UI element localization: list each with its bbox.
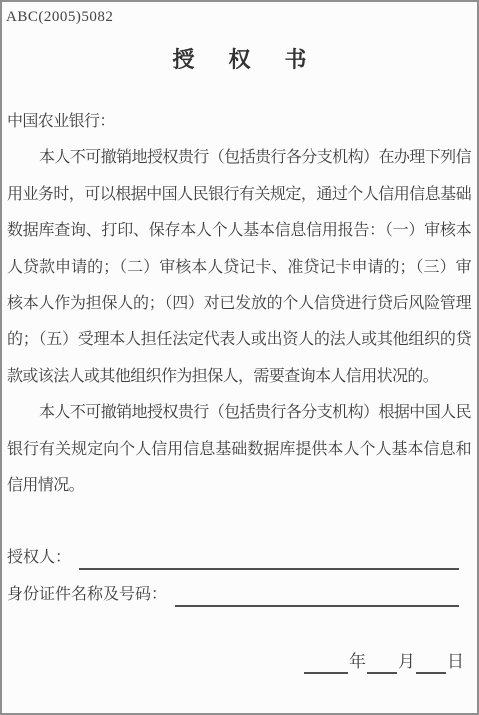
document-code: ABC(2005)5082 [6, 9, 113, 26]
authorizer-fill-line [79, 546, 459, 570]
authorizer-row: 授权人： [7, 544, 459, 570]
id-label: 身份证件名称及号码： [7, 583, 167, 607]
date-month-blank [367, 650, 397, 674]
salutation: 中国农业银行： [7, 104, 471, 140]
paragraph-line: 银行有关规定向个人信用信息基础数据库提供本人个人基本信息和 [7, 432, 471, 468]
paragraph-line: 本人不可撤销地授权贵行（包括贵行各分支机构）在办理下列信 [7, 140, 471, 176]
paragraph-line: 款或该法人或其他组织作为担保人，需要查询本人信用状况的。 [7, 359, 471, 395]
authorization-document-page: ABC(2005)5082 授权书 中国农业银行： 本人不可撤销地授权贵行（包括… [0, 0, 479, 715]
paragraph-line: 用业务时，可以根据中国人民银行有关规定，通过个人信用信息基础 [7, 177, 471, 213]
day-label: 日 [446, 650, 465, 674]
month-label: 月 [397, 650, 416, 674]
id-fill-line [175, 583, 459, 607]
date-row: 年 月 日 [304, 648, 465, 674]
paragraph-line: 信用情况。 [7, 468, 471, 504]
date-day-blank [416, 650, 446, 674]
paragraph-line: 人贷款申请的；（二）审核本人贷记卡、准贷记卡申请的；（三）审 [7, 250, 471, 286]
authorizer-label: 授权人： [7, 546, 71, 570]
date-year-blank [304, 650, 348, 674]
year-label: 年 [348, 650, 367, 674]
id-number-row: 身份证件名称及号码： [7, 581, 459, 607]
paragraph-line: 本人不可撤销地授权贵行（包括贵行各分支机构）根据中国人民 [7, 395, 471, 431]
paragraph-line: 数据库查询、打印、保存本人个人基本信息信用报告：（一）审核本 [7, 213, 471, 249]
paragraph-line: 的；（五）受理本人担任法定代表人或出资人的法人或其他组织的贷 [7, 322, 471, 358]
document-title: 授权书 [2, 43, 477, 74]
paragraph-line: 核本人作为担保人的；（四）对已发放的个人信贷进行贷后风险管理 [7, 286, 471, 322]
document-body: 中国农业银行： 本人不可撤销地授权贵行（包括贵行各分支机构）在办理下列信 用业务… [7, 104, 471, 504]
